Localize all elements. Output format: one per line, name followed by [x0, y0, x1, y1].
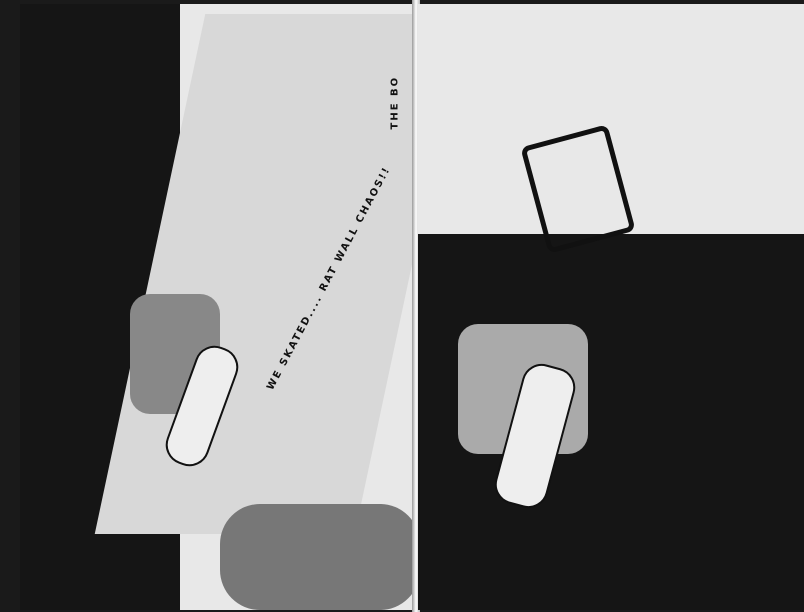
left-page: WE SKATED.... RAT WALL CHAOS!! THE BO [20, 4, 414, 610]
zine-spread: WE SKATED.... RAT WALL CHAOS!! THE BO [0, 0, 804, 612]
corner-text: THE BO [390, 76, 401, 130]
flower-illustration [220, 504, 414, 610]
right-page [418, 4, 804, 610]
